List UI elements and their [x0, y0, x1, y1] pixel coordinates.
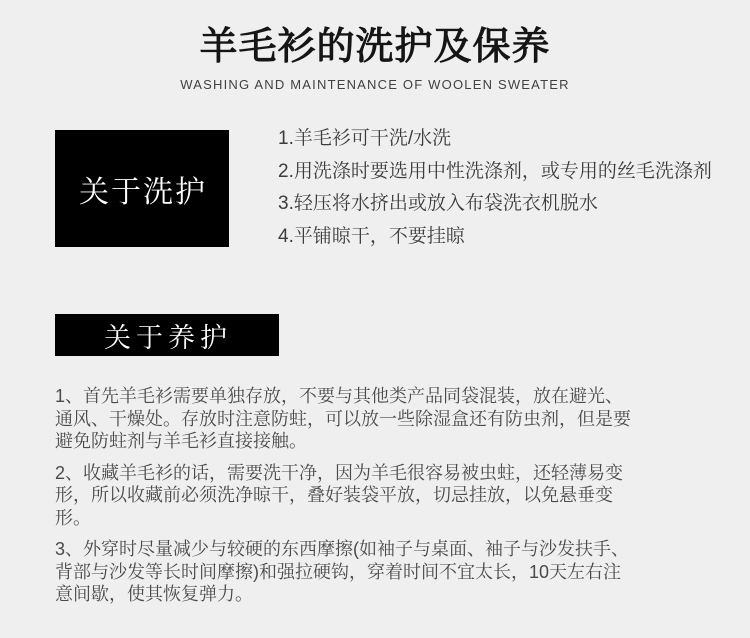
wash-heading-box: 关于洗护: [55, 130, 229, 247]
care-paragraph-3: 3、外穿时尽量减少与较硬的东西摩擦(如袖子与桌面、袖子与沙发扶手、背部与沙发等长…: [55, 538, 635, 606]
wash-instruction-item-4: 4.平铺晾干，不要挂晾: [278, 225, 740, 249]
care-paragraph-1: 1、首先羊毛衫需要单独存放，不要与其他类产品同袋混装，放在避光、通风、干燥处。存…: [55, 385, 635, 453]
wash-instruction-item-2: 2.用洗涤时要选用中性洗涤剂，或专用的丝毛洗涤剂: [278, 160, 740, 184]
care-paragraph-2: 2、收藏羊毛衫的话，需要洗干净，因为羊毛很容易被虫蛀，还轻薄易变形，所以收藏前必…: [55, 462, 635, 530]
care-heading-box: 关于养护: [55, 314, 279, 356]
page-subtitle: WASHING AND MAINTENANCE OF WOOLEN SWEATE…: [0, 77, 750, 93]
product-care-page: 羊毛衫的洗护及保养 WASHING AND MAINTENANCE OF WOO…: [0, 0, 750, 638]
care-paragraphs: 1、首先羊毛衫需要单独存放，不要与其他类产品同袋混装，放在避光、通风、干燥处。存…: [55, 385, 635, 615]
wash-instruction-item-1: 1.羊毛衫可干洗/水洗: [278, 127, 740, 151]
page-title: 羊毛衫的洗护及保养: [0, 24, 750, 70]
wash-instruction-list: 1.羊毛衫可干洗/水洗 2.用洗涤时要选用中性洗涤剂，或专用的丝毛洗涤剂 3.轻…: [278, 127, 740, 249]
care-heading: 关于养护: [102, 316, 232, 355]
wash-instruction-item-3: 3.轻压将水挤出或放入布袋洗衣机脱水: [278, 192, 740, 216]
wash-heading: 关于洗护: [77, 167, 207, 211]
